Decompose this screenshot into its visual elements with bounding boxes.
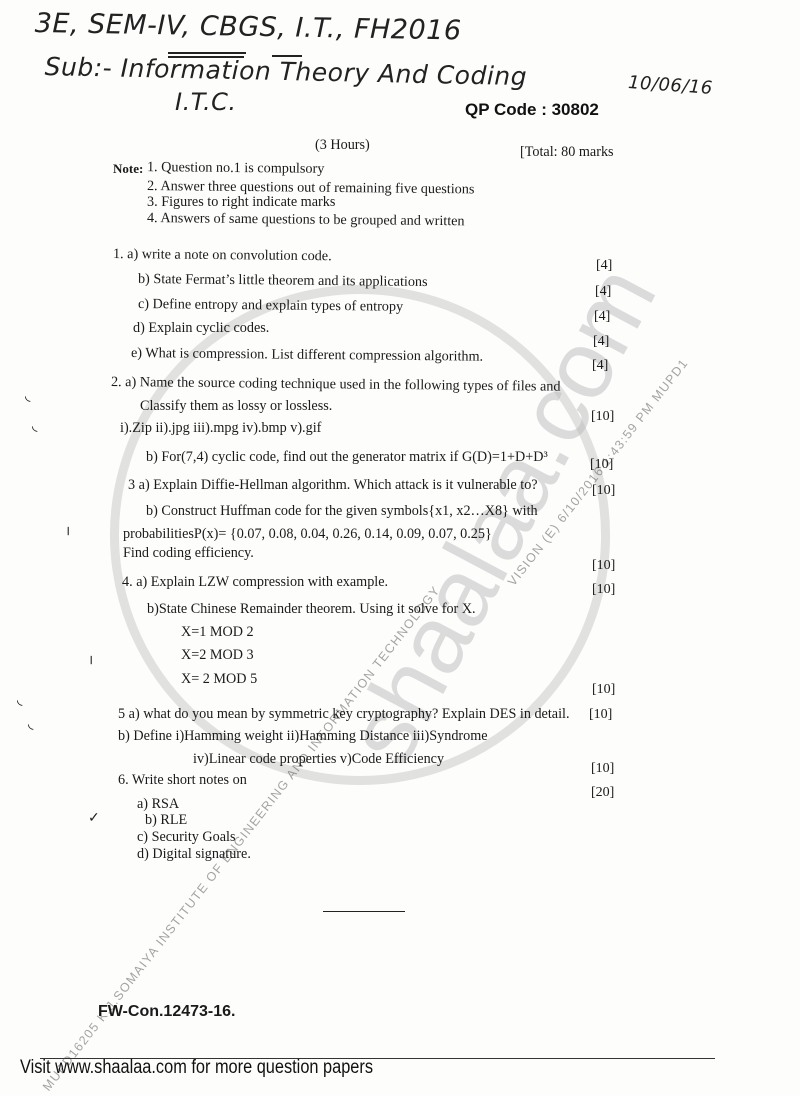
underline [168, 52, 246, 54]
scan-mark: ╵ [64, 528, 72, 545]
equation: X= 2 MOD 5 [181, 671, 257, 688]
marks: [4] [595, 284, 611, 300]
equation: X=1 MOD 2 [181, 624, 254, 641]
question-6: 6. Write short notes on [118, 772, 247, 789]
marks: [10] [590, 457, 613, 473]
marks: [10] [592, 483, 615, 499]
marks: [4] [594, 309, 610, 325]
note-label: Note: [113, 161, 143, 177]
scan-mark: ◟ [32, 418, 37, 435]
marks: [4] [592, 358, 608, 374]
equation: X=2 MOD 3 [181, 647, 254, 664]
question-1c: c) Define entropy and explain types of e… [138, 296, 403, 316]
question-1a: 1. a) write a note on convolution code. [113, 246, 332, 265]
question-3b-probabilities: probabilitiesP(x)= {0.07, 0.08, 0.04, 0.… [123, 526, 492, 543]
qp-code: QP Code : 30802 [465, 100, 599, 120]
divider [323, 911, 405, 912]
short-note-item: b) RLE [145, 812, 187, 829]
marks: [10] [592, 558, 615, 574]
note-item: 3. Figures to right indicate marks [147, 194, 335, 211]
question-3a: 3 a) Explain Diffie-Hellman algorithm. W… [128, 477, 538, 494]
handwritten-date: 10/06/16 [627, 72, 713, 99]
short-note-item: a) RSA [137, 796, 179, 813]
visit-link[interactable]: Visit www.shaalaa.com for more question … [20, 1057, 373, 1079]
question-3b: b) Construct Huffman code for the given … [146, 503, 538, 520]
handwritten-course-info: 3E, SEM-IV, CBGS, I.T., FH2016 [34, 8, 461, 46]
scan-mark: ◟ [17, 692, 22, 709]
marks: [10] [591, 409, 614, 425]
total-marks: [Total: 80 marks [520, 144, 614, 161]
question-4a: 4. a) Explain LZW compression with examp… [122, 574, 388, 591]
question-2b: b) For(7,4) cyclic code, find out the ge… [146, 449, 548, 466]
question-2a-cont: Classify them as lossy or lossless. [140, 398, 332, 415]
marks: [10] [592, 582, 615, 598]
question-1d: d) Explain cyclic codes. [133, 320, 269, 337]
question-5a: 5 a) what do you mean by symmetric key c… [118, 706, 570, 723]
marks: [20] [591, 785, 614, 801]
short-note-item: c) Security Goals [137, 829, 236, 846]
marks: [4] [593, 334, 609, 350]
marks: [10] [591, 761, 614, 777]
question-5b-cont: iv)Linear code properties v)Code Efficie… [193, 751, 444, 768]
scan-mark: ◟ [25, 388, 30, 405]
scan-mark: ◟ [28, 716, 33, 733]
handwritten-subject: Sub:- Information Theory And Coding [44, 52, 527, 91]
handwritten-subject-abbrev: I.T.C. [175, 88, 237, 116]
question-1b: b) State Fermat’s little theorem and its… [138, 271, 428, 291]
marks: [10] [589, 707, 612, 723]
question-2a-files: i).Zip ii).jpg iii).mpg iv).bmp v).gif [120, 420, 321, 437]
question-5b: b) Define i)Hamming weight ii)Hamming Di… [118, 728, 488, 745]
marks: [4] [596, 258, 612, 274]
short-note-item: d) Digital signature. [137, 846, 251, 863]
marks: [10] [592, 682, 615, 698]
question-4b: b)State Chinese Remainder theorem. Using… [147, 601, 476, 618]
note-item: 4. Answers of same questions to be group… [147, 210, 465, 230]
exam-duration: (3 Hours) [315, 137, 370, 154]
note-item: 1. Question no.1 is compulsory [147, 159, 325, 178]
scan-mark: ✓ [88, 810, 100, 827]
form-code: FW-Con.12473-16. [98, 1003, 236, 1021]
question-3b-efficiency: Find coding efficiency. [123, 545, 254, 562]
scan-mark: ╵ [87, 657, 95, 674]
